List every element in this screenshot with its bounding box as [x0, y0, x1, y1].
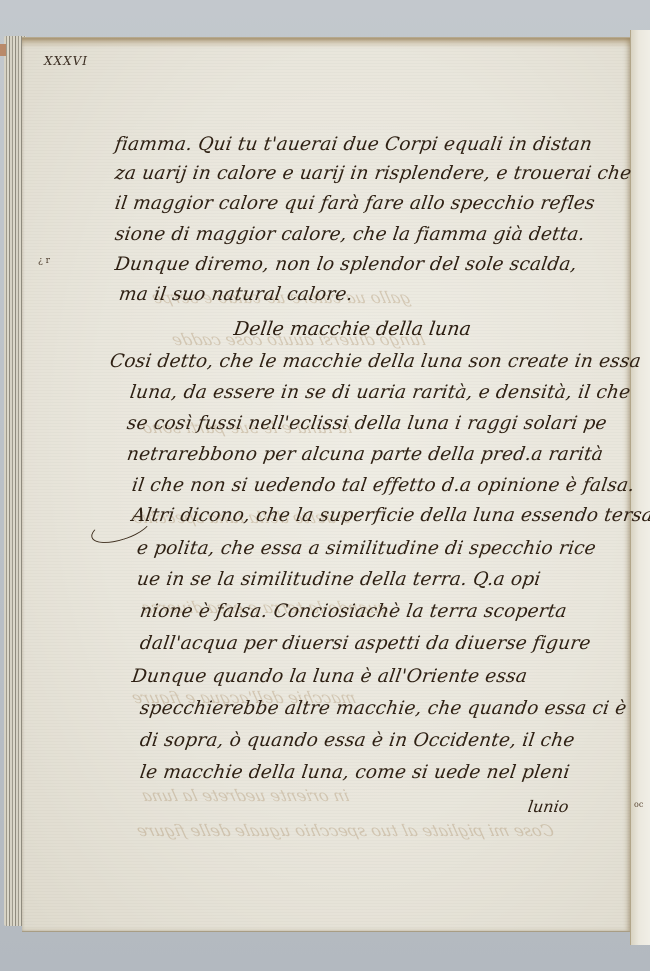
text-line: e polita, che essa a similitudine di spe… [136, 538, 598, 559]
text-line: za uarij in calore e uarij in risplender… [114, 163, 633, 184]
text-line: specchierebbe altre macchie, che quando … [139, 698, 628, 719]
text-line: sione di maggior calore, che la fiamma g… [114, 224, 587, 245]
text-line: ue in se la similitudine della terra. Q.… [136, 569, 542, 590]
text-line: le macchie della luna, come si uede nel … [139, 762, 572, 783]
text-line: luna, da essere in se di uaria rarità, e… [129, 382, 632, 403]
text-line: Cosi detto, che le macchie della luna so… [109, 351, 643, 372]
manuscript-photo: oc XXXVI ¿ r gallo ua calore ue caldo e … [0, 0, 650, 971]
manuscript-text: fiamma. Qui tu t'auerai due Corpi equali… [22, 38, 630, 931]
catchword: lunio [527, 797, 570, 816]
text-line: se così fussi nell'eclissi della luna i … [126, 413, 609, 434]
text-line: dall'acqua per diuersi aspetti da diuers… [139, 633, 593, 654]
text-line: il maggior calore qui farà fare allo spe… [114, 193, 597, 214]
text-line: il che non si uedendo tal effetto d.a op… [131, 475, 636, 496]
section-heading: Delle macchie della luna [232, 318, 472, 340]
manuscript-page: XXXVI ¿ r gallo ua calore ue caldo e ser… [22, 37, 630, 932]
text-line: di sopra, ò quando essa è in Occidente, … [139, 730, 576, 751]
text-line: fiamma. Qui tu t'auerai due Corpi equali… [114, 134, 594, 155]
text-line: Dunque quando la luna è all'Oriente essa [131, 666, 529, 687]
text-line: netrarebbono per alcuna parte della pred… [126, 444, 605, 465]
text-line: Dunque diremo, non lo splendor del sole … [114, 254, 579, 275]
text-line: ma il suo natural calore. [118, 284, 355, 305]
text-line: nione è falsa. Conciosiachè la terra sco… [139, 601, 569, 622]
facing-page-mark: oc [634, 800, 643, 809]
text-line: Altri dicono, che la superficie della lu… [131, 505, 650, 526]
binding-edge [0, 44, 6, 56]
